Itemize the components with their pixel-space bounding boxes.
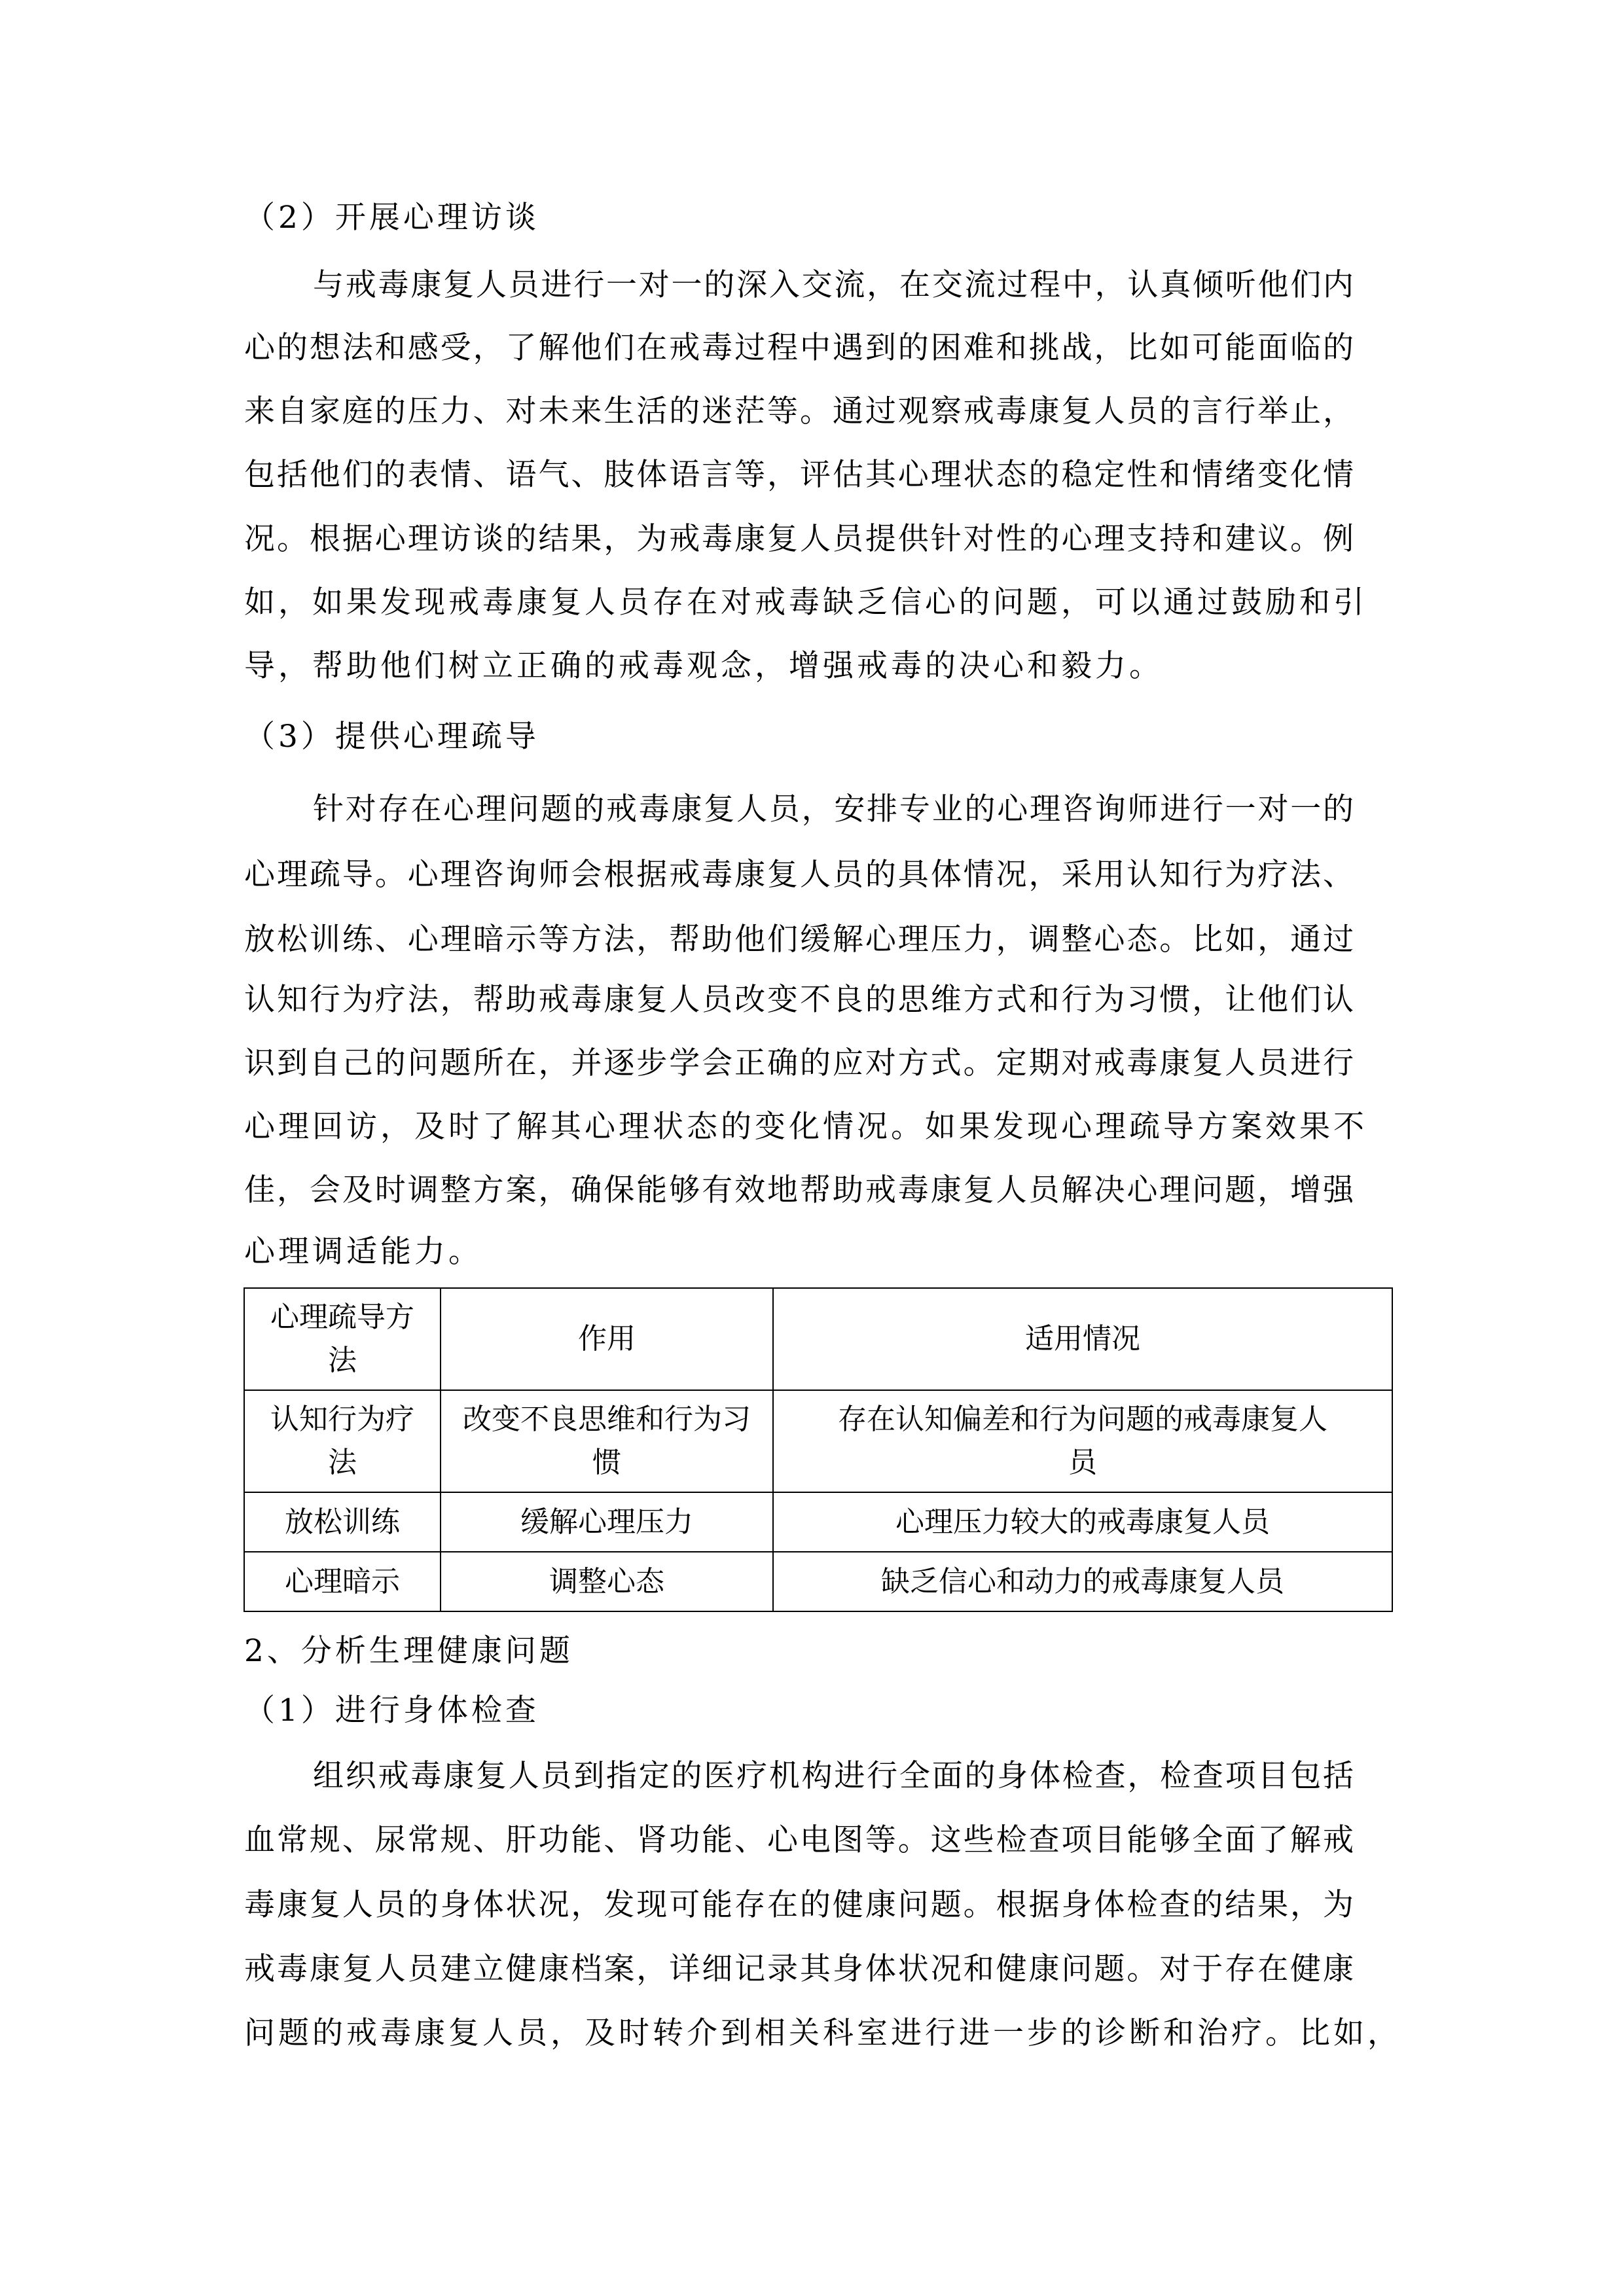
paragraph-line: 心理调适能力。 [244, 1234, 1357, 1270]
paragraph-line: 认知行为疗法，帮助戒毒康复人员改变不良的思维方式和行为习惯，让他们认 [244, 982, 1354, 1018]
table-cell-method: 放松训练 [244, 1492, 441, 1552]
subheading-psych-interview: （2）开展心理访谈 [244, 200, 1357, 236]
paragraph-line: 佳，会及时调整方案，确保能够有效地帮助戒毒康复人员解决心理问题，增强 [244, 1172, 1354, 1209]
cell-text: 员 [780, 1441, 1385, 1484]
paragraph-line: 来自家庭的压力、对未来生活的迷茫等。通过观察戒毒康复人员的言行举止， [244, 393, 1354, 430]
table-cell-method: 心理暗示 [244, 1552, 441, 1611]
paragraph-line: 与戒毒康复人员进行一对一的深入交流，在交流过程中，认真倾听他们内 [313, 267, 1354, 304]
paragraph-line: 心理疏导。心理咨询师会根据戒毒康复人员的具体情况，采用认知行为疗法、 [244, 857, 1354, 893]
table-row: 认知行为疗 法 改变不良思维和行为习 惯 存在认知偏差和行为问题的戒毒康复人 员 [244, 1390, 1392, 1492]
cell-text: 改变不良思维和行为习 [448, 1398, 766, 1441]
table-cell-applicable: 缺乏信心和动力的戒毒康复人员 [773, 1552, 1392, 1611]
paragraph-line: 放松训练、心理暗示等方法，帮助他们缓解心理压力，调整心态。比如，通过 [244, 922, 1354, 958]
subheading-psych-counseling: （3）提供心理疏导 [244, 719, 1357, 755]
table-cell-method: 认知行为疗 法 [244, 1390, 441, 1492]
document-page: （2）开展心理访谈 与戒毒康复人员进行一对一的深入交流，在交流过程中，认真倾听他… [0, 0, 1624, 2296]
cell-text: 惯 [448, 1441, 766, 1484]
paragraph-line: 血常规、尿常规、肝功能、肾功能、心电图等。这些检查项目能够全面了解戒 [244, 1822, 1354, 1859]
cell-text: 存在认知偏差和行为问题的戒毒康复人 [780, 1398, 1385, 1441]
paragraph-line: 针对存在心理问题的戒毒康复人员，安排专业的心理咨询师进行一对一的 [313, 791, 1354, 828]
header-text: 法 [251, 1339, 433, 1382]
paragraph-line: 心的想法和感受，了解他们在戒毒过程中遇到的困难和挑战，比如可能面临的 [244, 330, 1354, 367]
section-heading-physical-health: 2、分析生理健康问题 [244, 1633, 1357, 1670]
paragraph-line: 导，帮助他们树立正确的戒毒观念，增强戒毒的决心和毅力。 [244, 648, 1357, 685]
table-row: 放松训练 缓解心理压力 心理压力较大的戒毒康复人员 [244, 1492, 1392, 1552]
paragraph-line: 戒毒康复人员建立健康档案，详细记录其身体状况和健康问题。对于存在健康 [244, 1951, 1354, 1988]
paragraph-line: 包括他们的表情、语气、肢体语言等，评估其心理状态的稳定性和情绪变化情 [244, 457, 1354, 493]
table-header-cell: 作用 [441, 1288, 773, 1390]
table-cell-effect: 改变不良思维和行为习 惯 [441, 1390, 773, 1492]
table-header-cell: 心理疏导方 法 [244, 1288, 441, 1390]
table-header-row: 心理疏导方 法 作用 适用情况 [244, 1288, 1392, 1390]
paragraph-line: 心理回访，及时了解其心理状态的变化情况。如果发现心理疏导方案效果不 [244, 1109, 1357, 1145]
paragraph-line: 识到自己的问题所在，并逐步学会正确的应对方式。定期对戒毒康复人员进行 [244, 1045, 1354, 1082]
cell-text: 认知行为疗 [251, 1398, 433, 1441]
cell-text: 法 [251, 1441, 433, 1484]
paragraph-line: 组织戒毒康复人员到指定的医疗机构进行全面的身体检查，检查项目包括 [313, 1758, 1354, 1795]
paragraph-line: 问题的戒毒康复人员，及时转介到相关科室进行进一步的诊断和治疗。比如， [244, 2015, 1357, 2052]
table-cell-effect: 调整心态 [441, 1552, 773, 1611]
subheading-physical-exam: （1）进行身体检查 [244, 1693, 1357, 1729]
counseling-methods-table: 心理疏导方 法 作用 适用情况 认知行为疗 法 改变不良思维和行为习 惯 存在认… [244, 1287, 1393, 1612]
paragraph-line: 况。根据心理访谈的结果，为戒毒康复人员提供针对性的心理支持和建议。例 [244, 521, 1354, 558]
table-row: 心理暗示 调整心态 缺乏信心和动力的戒毒康复人员 [244, 1552, 1392, 1611]
table-cell-applicable: 存在认知偏差和行为问题的戒毒康复人 员 [773, 1390, 1392, 1492]
table-cell-applicable: 心理压力较大的戒毒康复人员 [773, 1492, 1392, 1552]
header-text: 心理疏导方 [251, 1296, 433, 1339]
table-header-cell: 适用情况 [773, 1288, 1392, 1390]
table-cell-effect: 缓解心理压力 [441, 1492, 773, 1552]
paragraph-line: 毒康复人员的身体状况，发现可能存在的健康问题。根据身体检查的结果，为 [244, 1887, 1354, 1924]
paragraph-line: 如，如果发现戒毒康复人员存在对戒毒缺乏信心的问题，可以通过鼓励和引 [244, 584, 1357, 621]
